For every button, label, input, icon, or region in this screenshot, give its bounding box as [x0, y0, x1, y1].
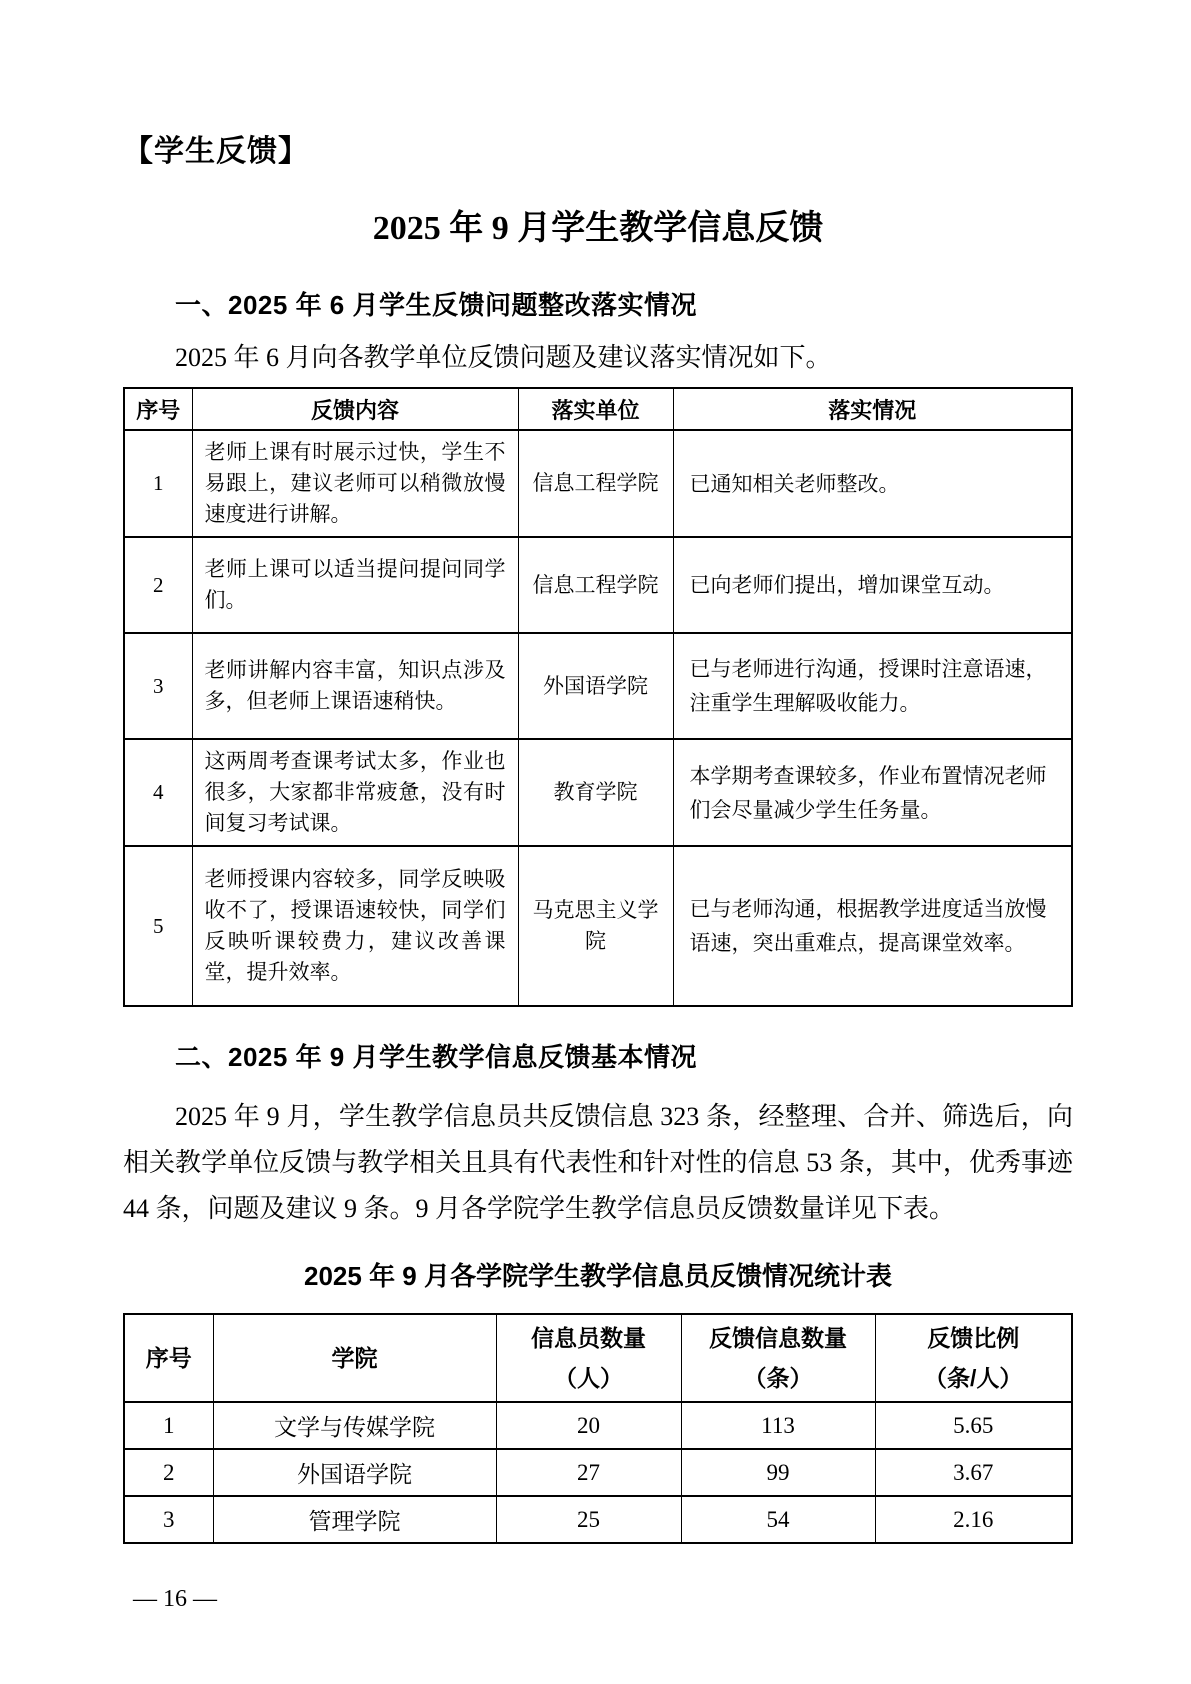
col-header-no: 序号 [124, 1314, 213, 1402]
row-number-cell: 3 [124, 633, 192, 739]
section-2-paragraph: 2025 年 9 月，学生教学信息员共反馈信息 323 条，经整理、合并、筛选后… [123, 1094, 1073, 1232]
row-number-cell: 1 [124, 1402, 213, 1449]
ratio-cell: 2.16 [875, 1496, 1072, 1543]
informant-count-cell: 25 [496, 1496, 681, 1543]
row-number-cell: 1 [124, 430, 192, 537]
college-cell: 管理学院 [213, 1496, 496, 1543]
header-line: 反馈比例 [876, 1318, 1072, 1358]
header-line: （条/人） [876, 1358, 1072, 1398]
table-row: 3 老师讲解内容丰富，知识点涉及多，但老师上课语速稍快。 外国语学院 已与老师进… [124, 633, 1072, 739]
table-header-row: 序号 学院 信息员数量 （人） 反馈信息数量 （条） 反馈比例 （条/人） [124, 1314, 1072, 1402]
table-row: 2 外国语学院 27 99 3.67 [124, 1449, 1072, 1496]
status-cell: 已通知相关老师整改。 [673, 430, 1072, 537]
row-number-cell: 5 [124, 846, 192, 1006]
col-header-college: 学院 [213, 1314, 496, 1402]
row-number-cell: 2 [124, 537, 192, 633]
feedback-content-cell: 老师上课可以适当提问提问同学们。 [192, 537, 518, 633]
header-line: 学院 [214, 1338, 496, 1378]
feedback-count-cell: 113 [681, 1402, 875, 1449]
table-row: 3 管理学院 25 54 2.16 [124, 1496, 1072, 1543]
table-row: 5 老师授课内容较多，同学反映吸收不了，授课语速较快，同学们反映听课较费力，建议… [124, 846, 1072, 1006]
page-number: — 16 — [123, 1586, 1073, 1613]
ratio-cell: 3.67 [875, 1449, 1072, 1496]
unit-cell: 教育学院 [518, 739, 673, 846]
col-header-informant-count: 信息员数量 （人） [496, 1314, 681, 1402]
section-1-heading: 一、2025 年 6 月学生反馈问题整改落实情况 [123, 285, 1073, 322]
col-header-status: 落实情况 [673, 388, 1072, 430]
row-number-cell: 2 [124, 1449, 213, 1496]
table-row: 1 老师上课有时展示过快，学生不易跟上，建议老师可以稍微放慢速度进行讲解。 信息… [124, 430, 1072, 537]
header-line: 信息员数量 [497, 1318, 681, 1358]
college-cell: 文学与传媒学院 [213, 1402, 496, 1449]
statistics-table-title: 2025 年 9 月各学院学生教学信息员反馈情况统计表 [123, 1256, 1073, 1293]
unit-cell: 信息工程学院 [518, 537, 673, 633]
rectification-table: 序号 反馈内容 落实单位 落实情况 1 老师上课有时展示过快，学生不易跟上，建议… [123, 387, 1073, 1007]
informant-count-cell: 20 [496, 1402, 681, 1449]
col-header-feedback-count: 反馈信息数量 （条） [681, 1314, 875, 1402]
header-line: 序号 [125, 1338, 213, 1378]
row-number-cell: 3 [124, 1496, 213, 1543]
document-page: 【学生反馈】 2025 年 9 月学生教学信息反馈 一、2025 年 6 月学生… [0, 0, 1191, 1684]
section-2-heading: 二、2025 年 9 月学生教学信息反馈基本情况 [123, 1037, 1073, 1074]
col-header-feedback-ratio: 反馈比例 （条/人） [875, 1314, 1072, 1402]
status-cell: 本学期考查课较多，作业布置情况老师们会尽量减少学生任务量。 [673, 739, 1072, 846]
section-1-intro: 2025 年 6 月向各教学单位反馈问题及建议落实情况如下。 [123, 337, 1073, 374]
col-header-no: 序号 [124, 388, 192, 430]
table-row: 4 这两周考查课考试太多，作业也很多，大家都非常疲惫，没有时间复习考试课。 教育… [124, 739, 1072, 846]
table-row: 1 文学与传媒学院 20 113 5.65 [124, 1402, 1072, 1449]
unit-cell: 信息工程学院 [518, 430, 673, 537]
ratio-cell: 5.65 [875, 1402, 1072, 1449]
feedback-content-cell: 老师讲解内容丰富，知识点涉及多，但老师上课语速稍快。 [192, 633, 518, 739]
status-cell: 已与老师沟通，根据教学进度适当放慢语速，突出重难点，提高课堂效率。 [673, 846, 1072, 1006]
col-header-feedback-content: 反馈内容 [192, 388, 518, 430]
header-line: （条） [682, 1358, 875, 1398]
college-cell: 外国语学院 [213, 1449, 496, 1496]
status-cell: 已向老师们提出，增加课堂互动。 [673, 537, 1072, 633]
status-cell: 已与老师进行沟通，授课时注意语速，注重学生理解吸收能力。 [673, 633, 1072, 739]
row-number-cell: 4 [124, 739, 192, 846]
doc-title: 2025 年 9 月学生教学信息反馈 [123, 200, 1073, 249]
unit-cell: 马克思主义学院 [518, 846, 673, 1006]
informant-count-cell: 27 [496, 1449, 681, 1496]
unit-cell: 外国语学院 [518, 633, 673, 739]
table-header-row: 序号 反馈内容 落实单位 落实情况 [124, 388, 1072, 430]
feedback-content-cell: 老师上课有时展示过快，学生不易跟上，建议老师可以稍微放慢速度进行讲解。 [192, 430, 518, 537]
doc-section-tag: 【学生反馈】 [123, 0, 1073, 170]
feedback-content-cell: 老师授课内容较多，同学反映吸收不了，授课语速较快，同学们反映听课较费力，建议改善… [192, 846, 518, 1006]
col-header-unit: 落实单位 [518, 388, 673, 430]
feedback-content-cell: 这两周考查课考试太多，作业也很多，大家都非常疲惫，没有时间复习考试课。 [192, 739, 518, 846]
statistics-table: 序号 学院 信息员数量 （人） 反馈信息数量 （条） 反馈比例 （条/人） [123, 1313, 1073, 1544]
table-row: 2 老师上课可以适当提问提问同学们。 信息工程学院 已向老师们提出，增加课堂互动… [124, 537, 1072, 633]
header-line: （人） [497, 1358, 681, 1398]
feedback-count-cell: 54 [681, 1496, 875, 1543]
header-line: 反馈信息数量 [682, 1318, 875, 1358]
feedback-count-cell: 99 [681, 1449, 875, 1496]
